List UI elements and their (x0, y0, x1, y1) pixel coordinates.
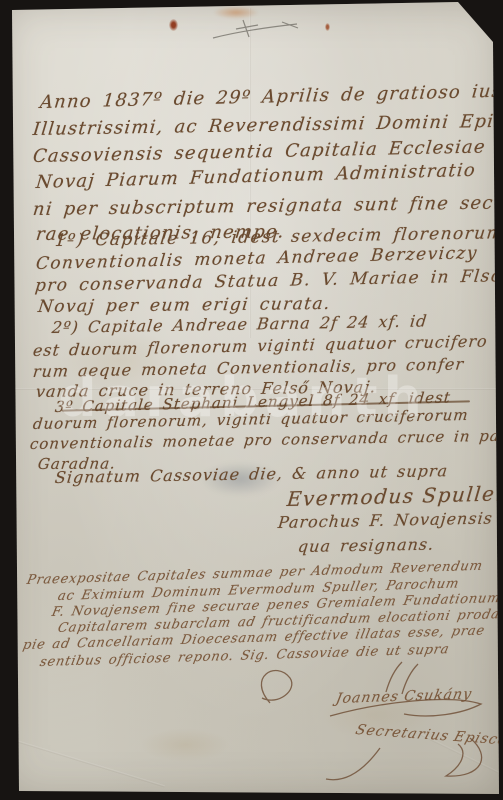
manuscript-line: ni per subscriptum resignata sunt fine s… (32, 192, 503, 220)
rust-stain (213, 6, 259, 19)
paper-mottling (140, 728, 230, 762)
foxing-spot (169, 19, 178, 31)
signature-title: Parochus F. Novajensis mp (277, 508, 503, 532)
manuscript-line: Illustrissimi, ac Reverendissimi Domini … (32, 110, 503, 140)
auction-watermark: darabanth (58, 366, 428, 429)
signature-flourishes (261, 662, 481, 780)
signature-role: qua resignans. (297, 535, 435, 556)
manuscript-line: Anno 1837º die 29º Aprilis de gratioso i… (39, 80, 503, 113)
paper-sheet: Anno 1837º die 29º Aprilis de gratioso i… (0, 0, 503, 800)
secretary-signature-title: Secretarius Episcopalis (354, 722, 503, 751)
manuscript-photo: Anno 1837º die 29º Aprilis de gratioso i… (0, 0, 503, 800)
secretary-signature-name: Joannes Csukány (334, 686, 473, 707)
foxing-spot (325, 23, 330, 31)
diagonal-crease-left (11, 739, 165, 788)
signature-name: Evermodus Spuller (286, 481, 503, 511)
pencil-mark (213, 20, 298, 38)
